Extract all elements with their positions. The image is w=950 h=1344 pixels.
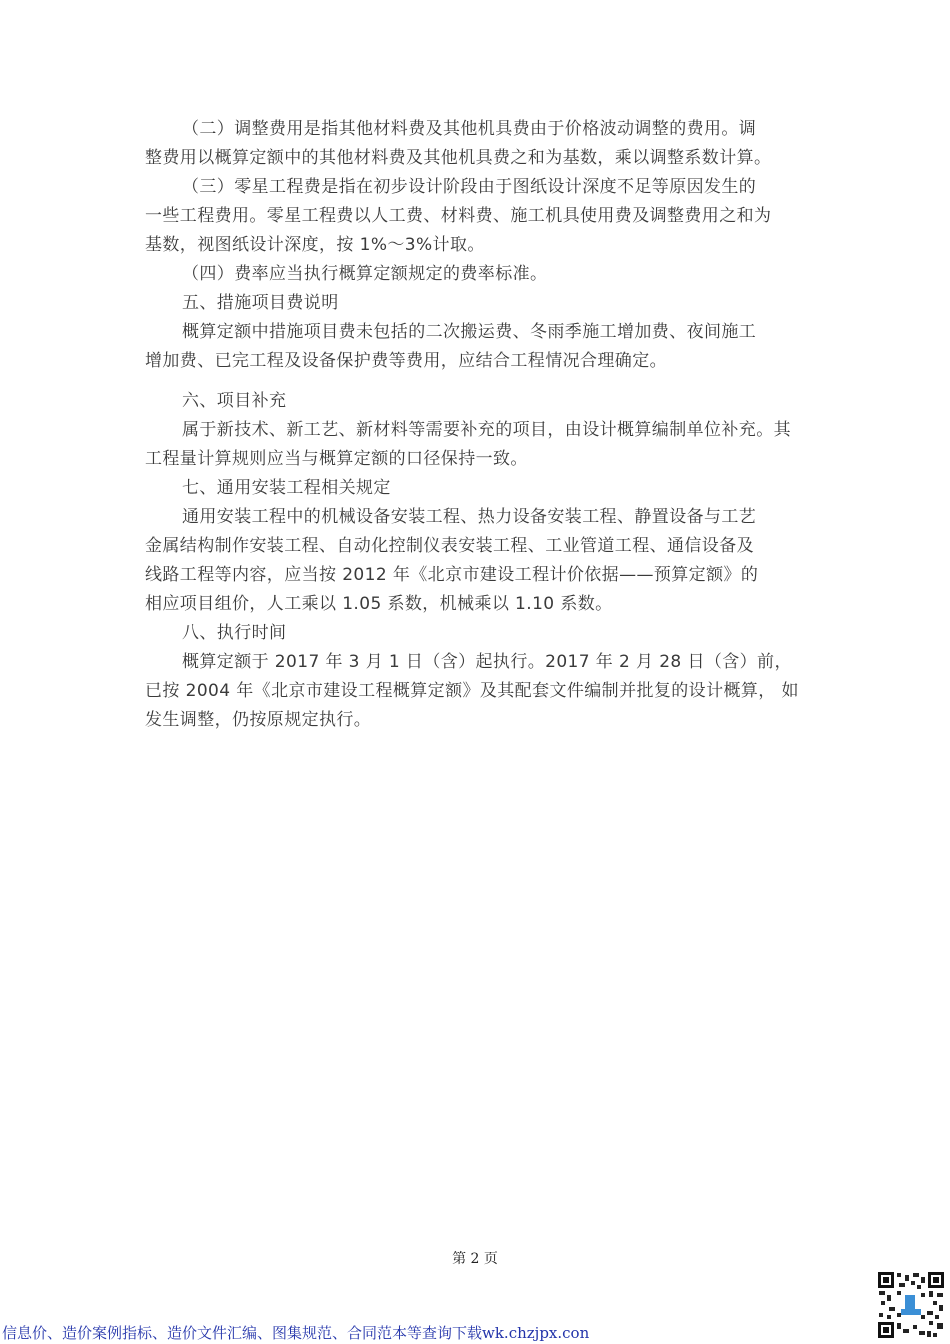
paragraph-line: 属于新技术、新工艺、新材料等需要补充的项目，由设计概算编制单位补充。其 bbox=[145, 416, 820, 445]
paragraph-line: 概算定额中措施项目费未包括的二次搬运费、冬雨季施工增加费、夜间施工 bbox=[145, 318, 820, 347]
document-body: （二）调整费用是指其他材料费及其他机具费由于价格波动调整的费用。调 整费用以概算… bbox=[145, 115, 820, 735]
paragraph-line: 通用安装工程中的机械设备安装工程、热力设备安装工程、静置设备与工艺 bbox=[145, 503, 820, 532]
paragraph-line: 概算定额于 2017 年 3 月 1 日（含）起执行。2017 年 2 月 28… bbox=[145, 648, 820, 677]
footer-link[interactable]: 信息价、造价案例指标、造价文件汇编、图集规范、合同范本等查询下载wk.chzjp… bbox=[2, 1322, 589, 1343]
paragraph-line: 发生调整，仍按原规定执行。 bbox=[145, 706, 820, 735]
paragraph-line: （三）零星工程费是指在初步设计阶段由于图纸设计深度不足等原因发生的 bbox=[145, 173, 820, 202]
section-heading: 六、项目补充 bbox=[145, 387, 820, 416]
paragraph-line: 金属结构制作安装工程、自动化控制仪表安装工程、工业管道工程、通信设备及 bbox=[145, 532, 820, 561]
paragraph-line: 基数，视图纸设计深度，按 1%～3%计取。 bbox=[145, 231, 820, 260]
paragraph-line: 相应项目组价，人工乘以 1.05 系数，机械乘以 1.10 系数。 bbox=[145, 590, 820, 619]
paragraph-line: 整费用以概算定额中的其他材料费及其他机具费之和为基数，乘以调整系数计算。 bbox=[145, 144, 820, 173]
section-heading: 七、通用安装工程相关规定 bbox=[145, 474, 820, 503]
section-heading: 八、执行时间 bbox=[145, 619, 820, 648]
paragraph-line: 增加费、已完工程及设备保护费等费用，应结合工程情况合理确定。 bbox=[145, 347, 820, 376]
section-heading: 五、措施项目费说明 bbox=[145, 289, 820, 318]
qr-code-icon bbox=[877, 1271, 945, 1339]
paragraph-line: （四）费率应当执行概算定额规定的费率标准。 bbox=[145, 260, 820, 289]
spacer bbox=[145, 376, 820, 387]
paragraph-line: 工程量计算规则应当与概算定额的口径保持一致。 bbox=[145, 445, 820, 474]
paragraph-line: 线路工程等内容，应当按 2012 年《北京市建设工程计价依据——预算定额》的 bbox=[145, 561, 820, 590]
paragraph-line: （二）调整费用是指其他材料费及其他机具费由于价格波动调整的费用。调 bbox=[145, 115, 820, 144]
paragraph-line: 一些工程费用。零星工程费以人工费、材料费、施工机具使用费及调整费用之和为 bbox=[145, 202, 820, 231]
paragraph-line: 已按 2004 年《北京市建设工程概算定额》及其配套文件编制并批复的设计概算， … bbox=[145, 677, 820, 706]
page-number: 第 2 页 bbox=[0, 1248, 950, 1268]
